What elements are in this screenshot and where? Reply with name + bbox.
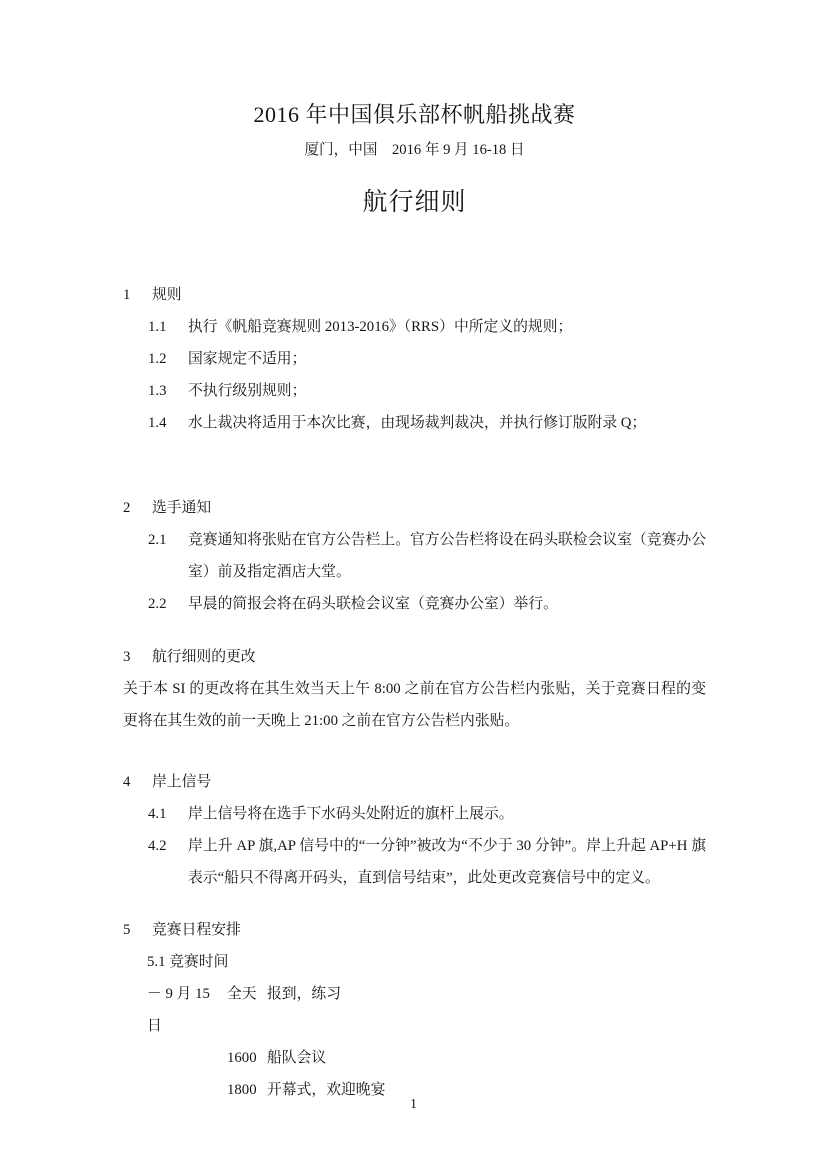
list-item: 4.1 岸上信号将在选手下水码头处附近的旗杆上展示。	[148, 798, 706, 830]
section-number: 3	[123, 641, 152, 673]
item-text: 早晨的简报会将在码头联检会议室（竞赛办公室）举行。	[188, 588, 706, 620]
section-heading-notices: 2 选手通知	[123, 492, 706, 524]
section-number: 2	[123, 492, 152, 524]
list-item: 1.1 执行《帆船竞赛规则 2013-2016》（RRS）中所定义的规则；	[148, 311, 706, 343]
schedule-time: 1600	[227, 1042, 267, 1074]
list-item: 1.2 国家规定不适用；	[148, 343, 706, 375]
schedule-row: － 9 月 15 日 全天 报到，练习	[147, 978, 706, 1042]
document-heading: 航行细则	[123, 185, 706, 221]
item-text: 执行《帆船竞赛规则 2013-2016》（RRS）中所定义的规则；	[188, 311, 706, 343]
schedule-time: 全天	[227, 978, 267, 1042]
section-title: 竞赛日程安排	[152, 914, 241, 946]
list-item: 1.4 水上裁决将适用于本次比赛，由现场裁判裁决，并执行修订版附录 Q；	[148, 407, 706, 439]
schedule-date	[147, 1042, 227, 1074]
item-text: 岸上升 AP 旗,AP 信号中的“一分钟”被改为“不少于 30 分钟”。岸上升起…	[188, 830, 706, 894]
schedule-event: 报到，练习	[267, 978, 706, 1042]
section-heading-rules: 1 规则	[123, 279, 706, 311]
item-text: 国家规定不适用；	[188, 343, 706, 375]
section-title: 规则	[152, 279, 182, 311]
item-text: 岸上信号将在选手下水码头处附近的旗杆上展示。	[188, 798, 706, 830]
section-number: 1	[123, 279, 152, 311]
item-number: 4.1	[148, 798, 188, 830]
list-item: 2.2 早晨的简报会将在码头联检会议室（竞赛办公室）举行。	[148, 588, 706, 620]
item-number: 4.2	[148, 830, 188, 894]
list-item: 2.1 竞赛通知将张贴在官方公告栏上。官方公告栏将设在码头联检会议室（竞赛办公室…	[148, 524, 706, 588]
item-number: 1.1	[148, 311, 188, 343]
schedule-event: 船队会议	[267, 1042, 706, 1074]
section-title: 航行细则的更改	[152, 641, 256, 673]
section-title: 岸上信号	[152, 766, 211, 798]
schedule-subheading: 5.1 竞赛时间	[147, 946, 706, 978]
item-text: 竞赛通知将张贴在官方公告栏上。官方公告栏将设在码头联检会议室（竞赛办公室）前及指…	[188, 524, 706, 588]
item-number: 1.4	[148, 407, 188, 439]
item-text: 水上裁决将适用于本次比赛，由现场裁判裁决，并执行修订版附录 Q；	[188, 407, 706, 439]
section-number: 5	[123, 914, 152, 946]
document-title: 2016 年中国俱乐部杯帆船挑战赛	[123, 99, 706, 131]
section-title: 选手通知	[152, 492, 211, 524]
item-number: 2.1	[148, 524, 188, 588]
item-number: 1.3	[148, 375, 188, 407]
item-number: 1.2	[148, 343, 188, 375]
section-heading-shore-signals: 4 岸上信号	[123, 766, 706, 798]
section-heading-si-changes: 3 航行细则的更改	[123, 641, 706, 673]
document-page: 2016 年中国俱乐部杯帆船挑战赛 厦门，中国 2016 年 9 月 16-18…	[0, 0, 827, 1169]
item-text: 不执行级别规则；	[188, 375, 706, 407]
list-item: 1.3 不执行级别规则；	[148, 375, 706, 407]
schedule-date: － 9 月 15 日	[147, 978, 227, 1042]
list-item: 4.2 岸上升 AP 旗,AP 信号中的“一分钟”被改为“不少于 30 分钟”。…	[148, 830, 706, 894]
item-number: 2.2	[148, 588, 188, 620]
section-body-paragraph: 关于本 SI 的更改将在其生效当天上午 8:00 之前在官方公告栏内张贴，关于竞…	[123, 673, 706, 737]
schedule-row: 1600 船队会议	[147, 1042, 706, 1074]
page-number: 1	[0, 1092, 827, 1118]
section-heading-schedule: 5 竞赛日程安排	[123, 914, 706, 946]
document-subtitle: 厦门，中国 2016 年 9 月 16-18 日	[123, 137, 706, 163]
section-number: 4	[123, 766, 152, 798]
